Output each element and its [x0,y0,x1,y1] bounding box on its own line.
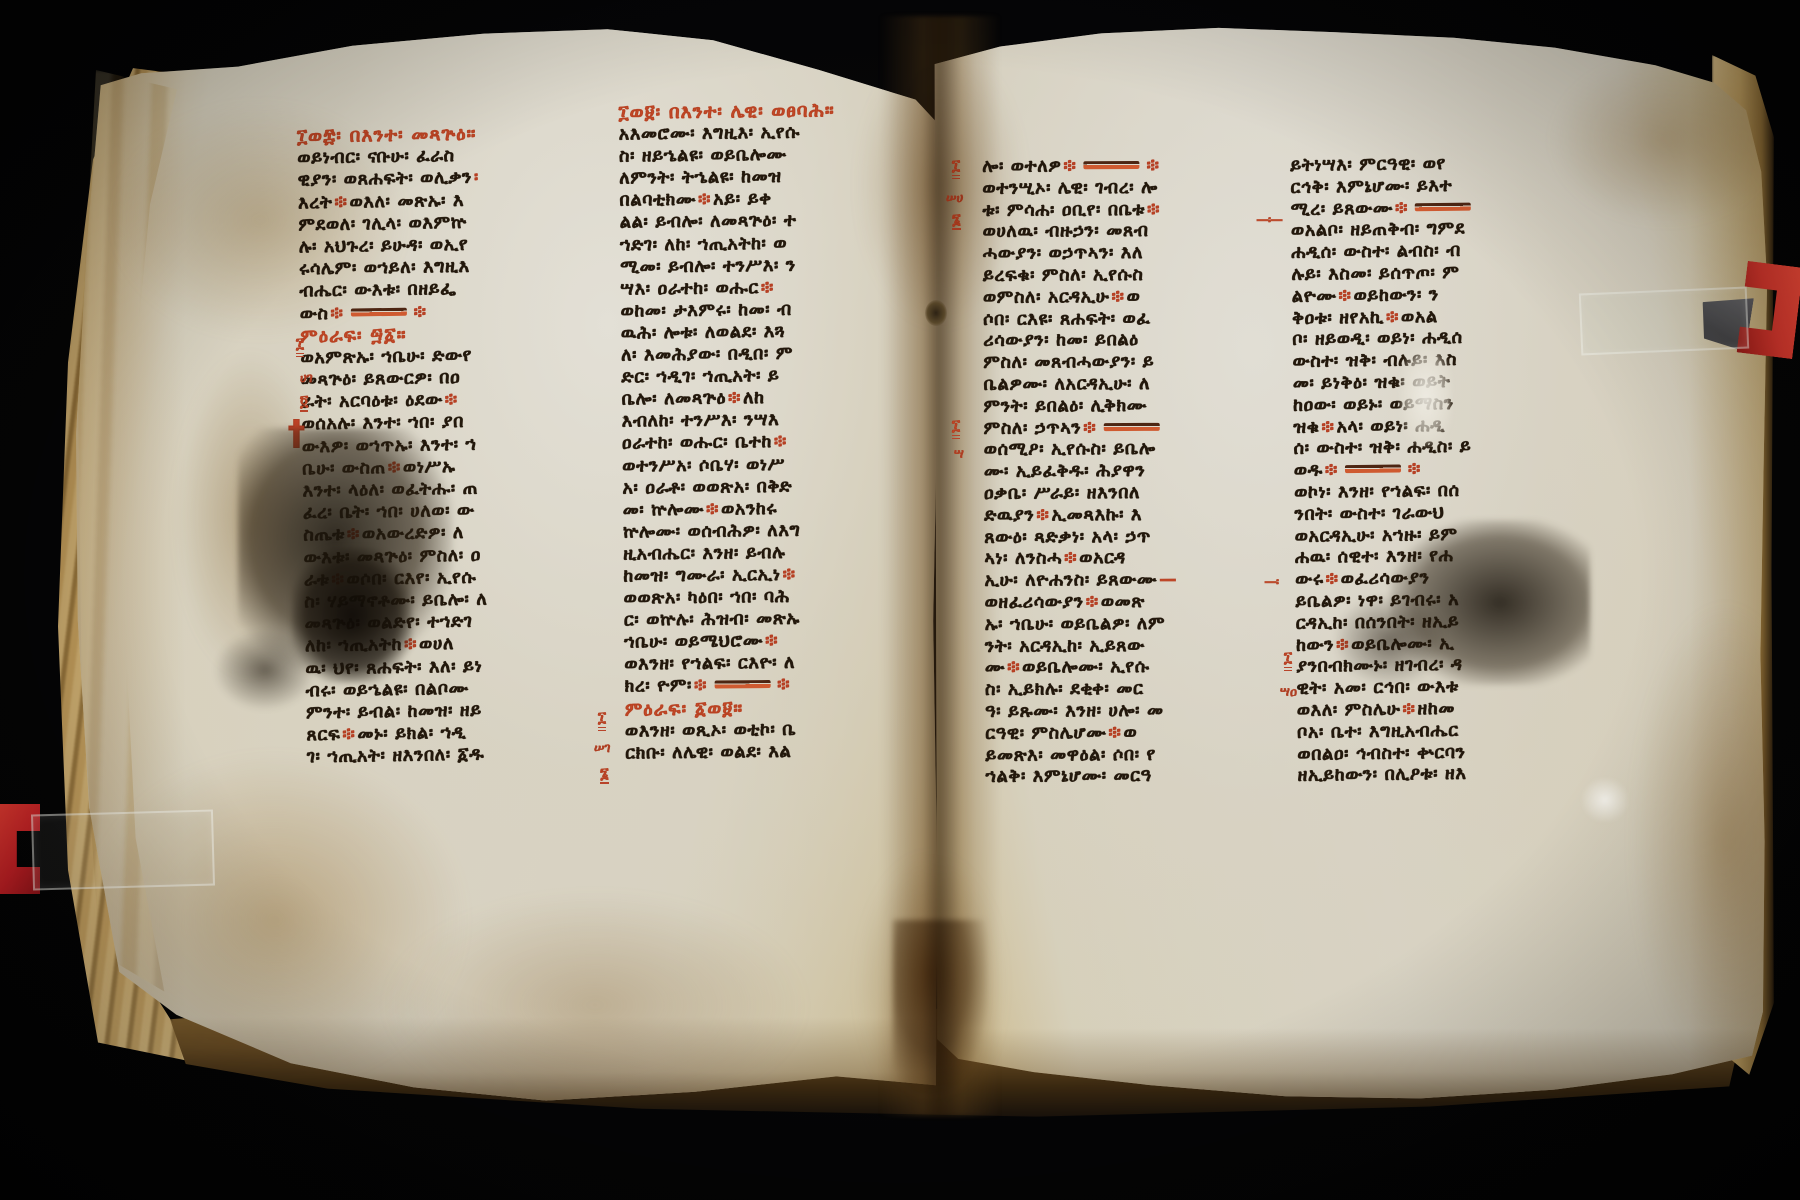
black-text: ዉ፡ ህየ፡ ጸሐፍት፡ እለ፡ ይነ [305,656,482,679]
black-text: ብሩ፡ ወይኄልዩ፡ በልቦሙ [306,678,469,701]
text-line: በልባቲክሙ፨አይ፡ ይቀ [619,188,911,213]
black-text: ርኅቅ፡ እምኔሆሙ፡ ይእተ [1290,176,1452,198]
black-text: ቤሎ፡ ለመጻጕዕ [622,389,727,410]
text-line: ሙ፡ ኢይፈቅዱ፡ ሕያዋን [984,460,1272,483]
red-mark: ፨ [781,565,798,585]
red-mark: ፨ [386,458,403,478]
red-mark: ፨ [1324,569,1341,589]
black-text: ኵሎሙ፡ ወሰብሕዎ፡ ለእግ [623,520,801,542]
text-line: ኀልቅ፡ እምኔሆሙ፡ መርዓ [986,766,1274,789]
black-text: ፈረ፡ ቤት፡ ኀበ፡ ሀለወ፡ ው [303,501,475,524]
red-mark: ፡ [472,168,481,188]
black-text: ውስተ፡ ዝቅ፡ ብሉይ፡ እስ [1293,350,1458,372]
black-text: ሓውያን፡ ወኃጥኣን፡ እለ [983,243,1143,264]
black-text: ራት፡ አርባዕቱ፡ ዕደው [301,390,443,412]
text-line: ገ፡ ኀጢአት፡ ዘእንበለ፡ ፩ዱ [307,743,603,770]
red-mark: ፨ [772,432,789,452]
black-text: ሐዉ፡ ሰዊተ፡ እንዘ፡ የሐ [1295,546,1454,568]
red-mark: — [1157,570,1179,590]
text-line: ሎ፡ ወተለዎ፨፨ [982,155,1270,178]
red-mark: ፨ [1334,635,1351,655]
black-text: አላ፡ ወይነ፡ ሐዲ [1337,416,1446,437]
red-mark: ፨ [1081,418,1098,438]
red-mark: ፨ [1106,723,1123,743]
text-line: ወምስለ፡ አርዳኢሁ፨ወ [983,286,1271,309]
margin-annotation: ፲ [952,158,960,179]
black-text: ኢመጻእኩ፡ እ [1052,505,1143,525]
red-mark: ፨ [1384,307,1401,327]
text-line: ሣእ፡ ዐራተከ፡ ወሑር፨ [620,276,912,301]
black-text: ሣእ፡ ዐራተከ፡ ወሑር [620,278,759,299]
text-line: ዓ፡ ይጹሙ፡ እንዘ፡ ሀሎ፡ መ [985,700,1273,723]
margin-annotation: ፮ [952,212,961,230]
text-line: ወሰሚዖ፡ ኢየሱስ፡ ይቤሎ [984,439,1272,462]
black-text: ወ [1127,287,1141,307]
black-text: ከዐው፡ ወይኑ፡ ወይማስን [1293,394,1454,416]
black-text: ወበልዐ፡ ኅብስተ፡ ቍርባን [1297,742,1465,764]
red-mark: ፨ [1336,286,1353,306]
text-line: ለምንት፡ ትኄልዩ፡ ከመዝ [619,166,911,191]
black-text: እረት [298,192,333,213]
red-mark: ፨ [759,278,776,298]
text-line: ድር፡ ኀዲገ፡ ኀጢአት፡ ይ [621,365,913,390]
text-column-right-a: ሎ፡ ወተለዎ፨፨ወተንሢኦ፡ ሌዊ፡ ገብረ፡ ሎቱ፡ ምሳሐ፡ ዐቢየ፡ በ… [982,155,1273,789]
black-text: ያንበብክሙኑ፡ ዘገብረ፡ ዳ [1296,655,1463,677]
red-mark: ፨ [1110,287,1127,307]
text-line: ሶበ፡ ርእዩ፡ ጸሐፍት፡ ወፈ [983,308,1271,331]
text-line: ለ፡ እመሕያው፡ በዲበ፡ ም [621,343,913,368]
acrylic-strip-right [1579,287,1749,356]
red-mark: ፨ [696,190,713,210]
black-text: አይ፡ ይቀ [713,189,772,210]
black-text: ወይከውን፡ ን [1354,285,1439,306]
margin-annotation: † [288,416,305,450]
black-text: ወዘፈሪሳውያን [985,592,1084,613]
black-text: ልል፡ ይብሎ፡ ለመጻጕዕ፡ ተ [620,211,797,233]
text-line: ኵሎሙ፡ ወሰብሕዎ፡ ለእግ [623,519,915,544]
black-text: ለከ፡ ኀጢአትከ [305,635,402,657]
black-text: ዘከመ [1417,699,1455,719]
section-divider-rule [351,307,407,316]
black-text: ወአልቦ፡ ዘይጠቅብ፡ ግምደ [1291,219,1465,241]
black-text: ወአውረድዎ፡ ለ [362,523,464,545]
red-mark: ፨ [1145,156,1162,176]
black-text: ውሩ [1295,570,1324,590]
black-text: ቱ፡ ምሳሐ፡ ዐቢየ፡ በቤቱ [983,200,1146,221]
book: ፲ወ፰፡ በእንተ፡ መጻጕዕ።ወይነብር፡ ናቡሁ፡ ፈራስዊያን፡ ወጸሐፍ… [0,0,1800,1200]
margin-annotation: ፲ [296,336,304,357]
black-text: በልባቲክሙ [619,190,696,211]
black-text: ወመጽ [1101,592,1145,612]
red-mark: ፨ [726,388,743,408]
black-text: ዉሕ፡ ሎቱ፡ ለወልደ፡ እጓ [621,322,786,344]
red-mark: ፨ [1145,199,1162,219]
text-line: አእመሮሙ፡ እግዚእ፡ ኢየሱ [619,122,911,147]
red-mark: ፨ [443,390,460,410]
margin-annotation: ሀገ [300,372,313,385]
black-text: ይመጽእ፡ መዋዕል፡ ሶበ፡ የ [985,744,1156,765]
black-text: ምንት፡ ይበልዕ፡ ሊቅክሙ [984,396,1147,417]
red-mark: ፨ [775,675,792,695]
black-text: ወምስለ፡ አርዳኢሁ [983,287,1110,308]
black-text: ሩሳሌም፡ ወኀይለ፡ እግዚእ [299,257,470,280]
text-line: ዚአብሔር፡ እንዘ፡ ይብሉ [623,541,915,566]
black-text: ወወጽአ፡ ካዕበ፡ ኀበ፡ ባሕ [624,587,790,609]
black-text: ርክቡ፡ ለሌዊ፡ ወልደ፡ እል [625,741,791,763]
text-line: ኀቤሁ፡ ወይሜህሮሙ፨ [624,630,916,655]
margin-annotation: ሠሀ [946,192,963,205]
black-text: ስ፡ ዘይኄልዩ፡ ወይቤሎሙ [619,145,787,167]
text-line: ወወጽአ፡ ካዕበ፡ ኀበ፡ ባሕ [624,586,916,611]
black-text: ወእለ፡ ምስሌሁ [1297,699,1401,720]
text-line: ቤሎ፡ ለመጻጕዕ፨ለከ [622,387,914,412]
text-line: ቱ፡ ምሳሐ፡ ዐቢየ፡ በቤቱ፨ [983,199,1271,222]
text-line: ርክቡ፡ ለሌዊ፡ ወልደ፡ እል [625,740,917,765]
black-text: ይረፍቁ፡ ምስለ፡ ኢየሱስ [983,265,1144,286]
black-text: ዊት፡ አመ፡ ርኅበ፡ ውእቱ [1297,677,1459,699]
margin-annotation: —፡ [1264,576,1278,589]
margin-annotation: ሣዐ [1280,686,1297,699]
text-line: ንት፡ አርዳኢከ፡ ኢይጸው [985,635,1273,658]
black-text: ርዳኢከ፡ በሰንበት፡ ዘኢይ [1296,612,1460,634]
black-text: ለ፡ እመሕያው፡ በዲበ፡ ም [621,344,793,366]
black-text: ዚአብሔር፡ እንዘ፡ ይብሉ [623,543,785,565]
text-line: ወተንሥአ፡ ሶቤሃ፡ ወነሥ [622,453,914,478]
black-text: መኑ፡ ይክል፡ ኀዲ [357,723,466,745]
manuscript-photograph: ፲ወ፰፡ በእንተ፡ መጻጕዕ።ወይነብር፡ ናቡሁ፡ ፈራስዊያን፡ ወጸሐፍ… [0,0,1800,1200]
text-line: ፲ወ፱፡ በእንተ፡ ሌዊ፡ ወፀባሕ። [619,99,911,124]
black-text: ወአል [1401,307,1438,327]
text-line: ክረ፡ ዮም፡፨፨ [625,674,917,699]
red-mark: ፨ [1323,460,1340,480]
red-mark: ፨ [328,303,345,323]
black-text: ዐራተከ፡ ወሑር፡ ቤተከ [622,432,772,454]
black-text: ወእንዘ፡ ወጺኦ፡ ወቲኮ፡ ቤ [625,719,797,741]
black-text: ሉይ፡ እስመ፡ ይሰጥጦ፡ ም [1291,263,1459,285]
black-text: ራቱ [304,570,330,590]
red-mark: ፨ [1005,658,1022,678]
rubric-heading: ምዕራፍ፡ ፵፩። [300,324,407,347]
red-mark: ፨ [763,631,780,651]
text-line: ኣነ፡ ለንስሓ፨ወአርዳ [984,548,1272,571]
margin-annotation: ፬ [300,394,308,412]
black-text: ቦ፡ ዘይወዲ፡ ወይነ፡ ሐዲሰ [1292,328,1463,350]
black-text: ጸውዕ፡ ጻድቃነ፡ አላ፡ ኃጥ [984,526,1151,547]
black-text: መ፡ ኵሎሙ [623,499,704,520]
black-text: ወእለ፡ መጽኡ፡ እ [349,190,464,212]
margin-annotation: —፡— [1256,214,1282,227]
red-mark: ፨ [402,635,419,655]
black-text: ሚረ፡ ይጸውሙ [1291,198,1394,219]
red-mark: ፨ [1393,198,1410,218]
black-text: ወሰሚዖ፡ ኢየሱስ፡ ይቤሎ [984,439,1156,460]
section-divider-rule [1084,161,1140,169]
text-line: ሙ፨ወይቤሎሙ፡ ኢየሱ [985,657,1273,680]
black-text: ወከመ፡ ታእምሩ፡ ከመ፡ ብ [621,300,792,322]
black-text: ውእዎ፡ ወኀጥኡ፡ እንተ፡ ኀ [302,434,477,457]
black-text: ወሀለዉ፡ ብዙኃን፡ መጸብ [983,221,1149,242]
text-line: ወእንዘ፡ የኀልፍ፡ ርእዮ፡ ለ [624,652,916,677]
black-text: አ፡ ዐራቶ፡ ወወጽአ፡ በቅድ [622,476,792,498]
text-line: ወሀለዉ፡ ብዙኃን፡ መጸብ [983,221,1271,244]
text-line: ቤልዎሙ፡ ለአርዳኢሁ፡ ለ [983,373,1271,396]
black-text: ሰ፡ ውስተ፡ ዝቅ፡ ሐዲስ፡ ይ [1294,437,1472,459]
black-text: ወተንሢኦ፡ ሌዊ፡ ገብረ፡ ሎ [982,178,1157,199]
red-mark: ፨ [1406,459,1423,479]
black-text: እንተ፡ ላዕለ፡ ወፈትሑ፡ ጠ [303,479,479,502]
black-text: ወአርዳኢሁ፡ አኀዙ፡ ይም [1295,524,1458,546]
black-text: ምንተ፡ ይብል፡ ከመዝ፡ ዘይ [306,700,482,723]
text-column-left-b: ፲ወ፱፡ በእንተ፡ ሌዊ፡ ወፀባሕ።አእመሮሙ፡ እግዚእ፡ ኢየሱስ፡ ዘ… [619,99,918,765]
section-divider-rule [1345,465,1401,474]
red-mark: ፨ [704,499,721,519]
black-text: ጸርፍ [306,725,340,746]
text-line: ምስለ፡ መጸብሓውያን፡ ይ [983,351,1271,374]
black-text: ሉ፡ አህጉረ፡ ይሁዳ፡ ወኢየ [299,235,469,258]
black-text: ብሔር፡ ውእቱ፡ በዘይፌ [299,279,456,301]
black-text: ዓ፡ ይጹሙ፡ እንዘ፡ ሀሎ፡ መ [985,701,1164,722]
text-line: ዐቃቤ፡ ሥራይ፡ ዘእንበለ [984,482,1272,505]
black-text: ወሶበ፡ ርእየ፡ ኢየሱ [346,567,476,589]
black-text: ክረ፡ ዮም፡ [625,676,693,697]
text-line: እብለከ፡ ተንሥእ፡ ንሣእ [622,409,914,434]
text-line: ኢሁ፡ ለዮሐንስ፡ ይጸውሙ— [985,569,1273,592]
section-divider-rule [1103,422,1159,430]
black-text: ኣነ፡ ለንስሓ [984,549,1062,569]
red-mark: ፨ [1034,505,1051,525]
text-line: አ፡ ዐራቶ፡ ወወጽአ፡ በቅድ [622,475,914,500]
black-text: ምደወለ፡ ገሊላ፡ ወእምኵ [298,212,467,235]
text-line: ስ፡ ኢይክሉ፡ ደቂቀ፡ መር [985,678,1273,701]
black-text: ይቤልዎ፡ ነዋ፡ ይገብሩ፡ አ [1295,590,1459,612]
black-text: ወፈሪሳውያን [1341,568,1430,589]
red-mark: ፨ [1061,156,1078,176]
black-text: ውእቱ፡ መጻጕዕ፡ ምስለ፡ ዐ [304,545,482,568]
text-line: ከመዝ፡ ግሙራ፡ ኢርኢነ፨ [623,563,915,588]
black-text: ወ [1124,723,1138,743]
text-line: ልል፡ ይብሎ፡ ለመጻጕዕ፡ ተ [620,210,912,235]
black-text: ቤልዎሙ፡ ለአርዳኢሁ፡ ለ [983,374,1150,395]
black-text: ወሀለ [419,634,454,655]
black-text: ሙ፡ ኢይፈቅዱ፡ ሕያዋን [984,461,1146,482]
black-text: ከመዝ፡ ግሙራ፡ ኢርኢነ [623,565,780,587]
black-text: ሚመ፡ ይብሎ፡ ተንሥእ፡ ን [620,255,796,277]
text-line: ምንት፡ ይበልዕ፡ ሊቅክሙ [984,395,1272,418]
black-text: ዊያን፡ ወጸሐፍት፡ ወሊቃን [298,168,473,191]
black-text: ሙ [985,658,1005,678]
black-text: ለምንት፡ ትኄልዩ፡ ከመዝ [619,167,782,189]
black-text: ዐቃቤ፡ ሥራይ፡ ዘእንበለ [984,483,1140,504]
black-text: ዝቁ [1293,417,1319,437]
black-text: ሪሳውያን፡ ከመ፡ ይበልዕ [983,330,1139,351]
red-mark: ፨ [692,676,709,696]
text-line: ኡ፡ ኀቤሁ፡ ወይቤልዎ፡ ለም [985,613,1273,636]
black-text: ወይቤሎሙ፡ ኢ [1351,633,1454,654]
red-mark: ፨ [345,525,362,545]
black-text: ወነሥኡ [403,457,456,478]
text-line: ሓውያን፡ ወኃጥኣን፡ እለ [983,242,1271,265]
red-mark: ፨ [340,725,357,745]
margin-annotation: ፲ [1284,650,1292,671]
black-text: ቅዐቱ፡ ዘየአኪ [1292,307,1384,328]
black-text: ምስለ፡ መጸብሓውያን፡ ይ [983,352,1154,373]
black-text: ዘኢይከውን፡ በሊዖቱ፡ ዘእ [1298,764,1467,786]
rubric-heading: ምዕራፍ፡ ፩ወ፱። [625,698,744,720]
text-line: ሪሳውያን፡ ከመ፡ ይበልዕ [983,330,1271,353]
black-text: ርዓዊ፡ ምስሌሆሙ [985,723,1106,744]
black-text: ወተንሥአ፡ ሶቤሃ፡ ወነሥ [622,454,785,476]
black-text: ውስ [300,303,329,323]
black-text: ር፡ ወኵሉ፡ ሕዝብ፡ መጽኡ [624,609,800,631]
black-text: ወሰአሉ፡ እንተ፡ ኀበ፡ ያበ [301,412,464,435]
text-line: ወተንሢኦ፡ ሌዊ፡ ገብረ፡ ሎ [982,177,1270,200]
red-mark: ፨ [1062,549,1079,569]
black-text: ሶበ፡ ርእዩ፡ ጸሐፍት፡ ወፈ [983,308,1150,329]
text-line: ወእንዘ፡ ወጺኦ፡ ወቲኮ፡ ቤ [625,718,917,743]
text-column-right-b: ይትነሣእ፡ ምርዓዊ፡ ወየርኅቅ፡ እምኔሆሙ፡ ይእተሚረ፡ ይጸውሙ፨ወ… [1290,152,1592,788]
text-line: ምዕራፍ፡ ፩ወ፱። [625,696,917,721]
margin-annotation: ሠገ [594,742,611,755]
black-text: ስ፡ ኢይክሉ፡ ደቂቀ፡ መር [985,679,1143,700]
black-text: ገ፡ ኀጢአት፡ ዘእንበለ፡ ፩ዱ [307,745,485,768]
black-text: ድር፡ ኀዲገ፡ ኀጢአት፡ ይ [621,366,779,388]
text-line: ዘኢይከውን፡ በሊዖቱ፡ ዘእ [1298,762,1592,787]
margin-annotation: ፲ [598,710,606,731]
section-divider-rule [1415,202,1471,211]
text-line: ርዓዊ፡ ምስሌሆሙ፨ወ [985,722,1273,745]
red-mark: ፨ [412,302,429,322]
black-text: ኀልቅ፡ እምኔሆሙ፡ መርዓ [986,766,1152,787]
black-text: አእመሮሙ፡ እግዚእ፡ ኢየሱ [619,123,800,145]
black-text: መ፡ ይነቅዕ፡ ዝቁ፡ ወይት [1293,372,1451,394]
black-text: መጻጕዕ፡ ወልድየ፡ ተኀድገ [305,612,473,635]
black-text: ምስለ፡ ኃጥኣን [984,418,1082,439]
black-text: ይትነሣእ፡ ምርዓዊ፡ ወየ [1290,154,1446,176]
black-text: ወይነብር፡ ናቡሁ፡ ፈራስ [297,146,455,168]
black-text: ወኮነ፡ እንዘ፡ የኀልፍ፡ በሰ [1294,481,1460,503]
text-line: ዉሕ፡ ሎቱ፡ ለወልደ፡ እጓ [621,320,913,345]
text-line: ስ፡ ዘይኄልዩ፡ ወይቤሎሙ [619,144,911,169]
acrylic-strip-left [31,809,215,890]
black-text: ስጤቱ [303,525,345,546]
margin-annotation: ፮ [600,766,609,784]
black-text: ወአርዳ [1079,548,1126,568]
text-column-left-a: ፲ወ፰፡ በእንተ፡ መጻጕዕ።ወይነብር፡ ናቡሁ፡ ፈራስዊያን፡ ወጸሐፍ… [297,122,603,770]
black-text: ኢሁ፡ ለዮሐንስ፡ ይጸውሙ [985,570,1158,591]
black-text: ልዮሙ [1292,286,1337,307]
margin-annotation: ፲ [952,418,960,439]
binding-stitch [925,300,947,326]
red-mark: ፨ [332,192,349,212]
text-line: ወከመ፡ ታእምሩ፡ ከመ፡ ብ [621,298,913,323]
red-mark: ፨ [1319,417,1336,437]
rubric-heading: ፲ወ፰፡ በእንተ፡ መጻጕዕ። [297,124,477,148]
black-text: ሐዲሰ፡ ውስተ፡ ልብስ፡ ብ [1291,241,1461,263]
black-text: ድዉያን [984,505,1034,525]
section-divider-rule [714,680,770,689]
black-text: ስ፡ ሃይማኖቶሙ፡ ይቤሎ፡ ለ [304,589,487,612]
black-text: ቦአ፡ ቤተ፡ እግዚአብሔር [1297,721,1459,743]
black-text: መጻጕዕ፡ ይጸውርዎ፡ በዐ [301,368,461,391]
black-text: ወዱ [1294,461,1323,481]
black-text: እብለከ፡ ተንሥእ፡ ንሣእ [622,410,780,432]
text-line: ር፡ ወኵሉ፡ ሕዝብ፡ መጽኡ [624,608,916,633]
text-line: ይረፍቁ፡ ምስለ፡ ኢየሱስ [983,264,1271,287]
text-line: መ፡ ኵሎሙ፨ወአንከሩ [623,497,915,522]
black-text: ሎ፡ ወተለዎ [982,156,1061,176]
black-text: ለከ [743,388,765,408]
black-text: ኀቤሁ፡ ወይሜህሮሙ [624,631,763,652]
text-line: ኀድገ፡ ለከ፡ ኀጢአትከ፡ ወ [620,232,912,257]
black-text: ኀድገ፡ ለከ፡ ኀጢአትከ፡ ወ [620,233,787,255]
black-text: ወይቤሎሙ፡ ኢየሱ [1022,657,1150,678]
margin-annotation: ሣ [954,448,964,461]
black-text: ቤሁ፡ ውስጠ [302,458,386,479]
black-text: ወእንዘ፡ የኀልፍ፡ ርእዮ፡ ለ [624,653,795,675]
red-mark: ፨ [1084,592,1101,612]
text-line: ጸውዕ፡ ጻድቃነ፡ አላ፡ ኃጥ [984,526,1272,549]
red-mark: ፨ [329,569,346,589]
rubric-heading: ፲ወ፱፡ በእንተ፡ ሌዊ፡ ወፀባሕ። [619,100,835,123]
text-line: ድዉያን፨ኢመጻእኩ፡ እ [984,504,1272,527]
black-text: ኡ፡ ኀቤሁ፡ ወይቤልዎ፡ ለም [985,614,1166,635]
text-line: ይመጽእ፡ መዋዕል፡ ሶበ፡ የ [985,744,1273,767]
black-text: ከውን [1296,635,1334,655]
text-line: ወዘፈሪሳውያን፨ወመጽ [985,591,1273,614]
black-text: ንት፡ አርዳኢከ፡ ኢይጸው [985,635,1145,656]
text-line: ዐራተከ፡ ወሑር፡ ቤተከ፨ [622,431,914,456]
black-text: ንበት፡ ውስተ፡ ገራውህ [1294,503,1444,525]
red-mark: ፨ [1400,699,1417,719]
black-text: ወአንከሩ [721,499,777,520]
text-line: ሚመ፡ ይብሎ፡ ተንሥእ፡ ን [620,254,912,279]
text-line: ምስለ፡ ኃጥኣን፨ [984,417,1272,440]
black-text: ወአምጽኡ፡ ኀቤሁ፡ ድውየ [300,346,472,369]
